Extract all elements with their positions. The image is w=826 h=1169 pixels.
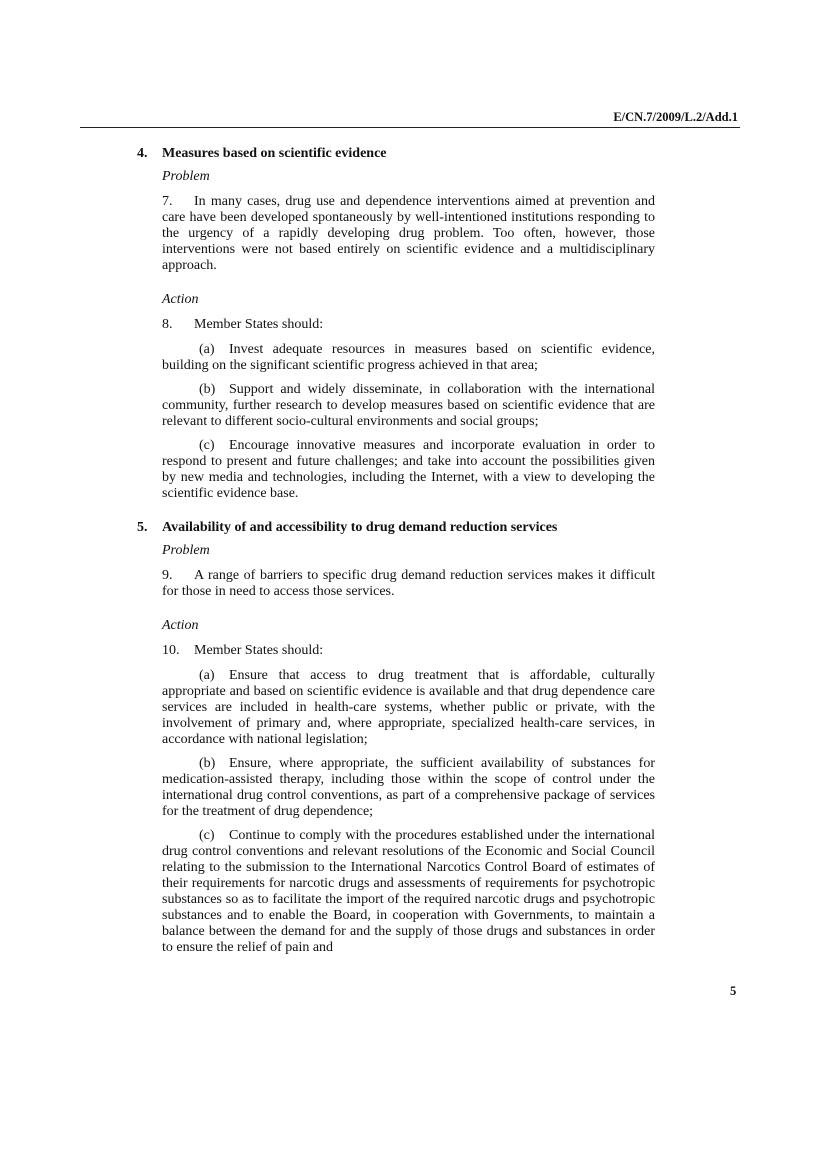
paragraph-lead: Member States should: (194, 317, 323, 332)
item-text: Support and widely disseminate, in colla… (162, 382, 655, 429)
paragraph-number: 10. (162, 643, 194, 659)
page-body: 4. Measures based on scientific evidence… (162, 146, 655, 964)
paragraph-lead: Member States should: (194, 643, 323, 658)
paragraph-number: 7. (162, 194, 194, 210)
document-code: E/CN.7/2009/L.2/Add.1 (613, 110, 738, 125)
problem-label: Problem (162, 543, 655, 559)
list-item: (b)Ensure, where appropriate, the suffic… (162, 756, 655, 820)
item-text: Ensure, where appropriate, the sufficien… (162, 756, 655, 819)
section-4: 4. Measures based on scientific evidence… (162, 146, 655, 502)
item-label: (c) (199, 828, 229, 844)
section-heading: 5. Availability of and accessibility to … (162, 520, 655, 536)
section-number: 5. (137, 520, 148, 536)
paragraph-number: 9. (162, 568, 194, 584)
list-item: (c)Encourage innovative measures and inc… (162, 438, 655, 502)
paragraph-10: 10.Member States should: (162, 643, 655, 659)
paragraph-9: 9.A range of barriers to specific drug d… (162, 568, 655, 600)
section-heading: 4. Measures based on scientific evidence (162, 146, 655, 162)
paragraph-number: 8. (162, 317, 194, 333)
action-label: Action (162, 292, 655, 308)
section-5: 5. Availability of and accessibility to … (162, 520, 655, 956)
item-label: (c) (199, 438, 229, 454)
item-label: (b) (199, 382, 229, 398)
problem-label: Problem (162, 169, 655, 185)
paragraph-text: A range of barriers to specific drug dem… (162, 568, 655, 599)
item-text: Invest adequate resources in measures ba… (162, 342, 655, 373)
item-text: Continue to comply with the procedures e… (162, 828, 655, 955)
list-item: (a)Invest adequate resources in measures… (162, 342, 655, 374)
paragraph-7: 7.In many cases, drug use and dependence… (162, 194, 655, 274)
item-text: Ensure that access to drug treatment tha… (162, 668, 655, 747)
section-title: Measures based on scientific evidence (162, 146, 387, 161)
list-item: (c)Continue to comply with the procedure… (162, 828, 655, 956)
item-text: Encourage innovative measures and incorp… (162, 438, 655, 501)
list-item: (b)Support and widely disseminate, in co… (162, 382, 655, 430)
paragraph-text: In many cases, drug use and dependence i… (162, 194, 655, 273)
header-rule (80, 127, 740, 128)
section-number: 4. (137, 146, 148, 162)
item-label: (a) (199, 342, 229, 358)
list-item: (a)Ensure that access to drug treatment … (162, 668, 655, 748)
item-label: (a) (199, 668, 229, 684)
action-label: Action (162, 618, 655, 634)
page-number: 5 (730, 984, 736, 999)
paragraph-8: 8.Member States should: (162, 317, 655, 333)
section-title: Availability of and accessibility to dru… (162, 520, 557, 535)
section-gap (162, 510, 655, 520)
item-label: (b) (199, 756, 229, 772)
